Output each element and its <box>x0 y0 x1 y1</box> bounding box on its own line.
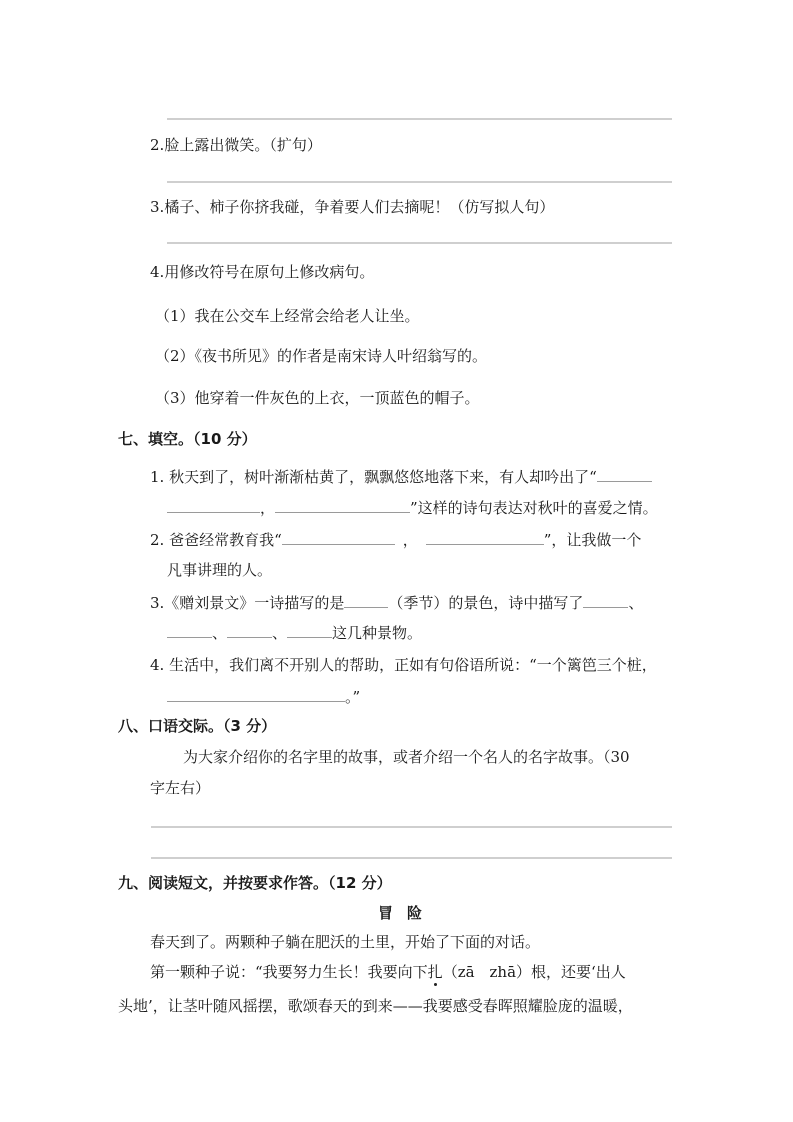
question-text: 脸上露出微笑。（扩句） <box>164 136 322 154</box>
separator: 、 <box>272 624 287 642</box>
question-text: 用修改符号在原句上修改病句。 <box>164 263 374 281</box>
passage-text: 第一颗种子说：“我要努力生长！我要向下 <box>150 963 428 981</box>
comma: ， <box>260 499 275 517</box>
fill-7-1-line2: ，”这样的诗句表达对秋叶的喜爱之情。 <box>167 498 658 518</box>
passage-para-3: 头地’，让茎叶随风摇摆，歌颂春天的到来——我要感受春晖照耀脸庞的温暖， <box>118 996 633 1016</box>
blank-7-3-season[interactable] <box>344 593 388 608</box>
emphasized-char: 扎 <box>428 963 443 981</box>
oral-prompt-line1: 为大家介绍你的名字里的故事，或者介绍一个名人的名字故事。（30 <box>183 747 630 767</box>
answer-line-1[interactable] <box>167 118 672 120</box>
question-6-3: 3.橘子、柿子你挤我碰，争着要人们去摘呢！（仿写拟人句） <box>150 197 554 217</box>
fill-text: 2. 爸爸经常教育我“ <box>150 531 282 549</box>
separator: 、 <box>212 624 227 642</box>
question-text: 橘子、柿子你挤我碰，争着要人们去摘呢！（仿写拟人句） <box>164 198 554 216</box>
passage-title: 冒险 <box>378 903 436 923</box>
section-8-heading: 八、口语交际。（3 分） <box>118 716 276 736</box>
passage-text: （zā zhā）根，还要‘出人 <box>443 963 626 981</box>
separator: 、 <box>628 594 643 612</box>
fill-text: 1. 秋天到了，树叶渐渐枯黄了，飘飘悠悠地落下来，有人却吟出了“ <box>150 468 597 486</box>
sick-sentence-3[interactable]: （3）他穿着一件灰色的上衣，一顶蓝色的帽子。 <box>155 388 480 408</box>
sick-sentence-2[interactable]: （2）《夜书所见》的作者是南宋诗人叶绍翁写的。 <box>155 346 487 366</box>
blank-7-1c[interactable] <box>275 498 410 513</box>
fill-7-2-line1: 2. 爸爸经常教育我“，”，让我做一个 <box>150 530 641 550</box>
fill-text: ”，让我做一个 <box>544 531 642 549</box>
blank-7-3-scene1[interactable] <box>583 593 628 608</box>
fill-7-2-line2: 凡事讲理的人。 <box>167 560 272 580</box>
passage-para-2: 第一颗种子说：“我要努力生长！我要向下扎（zā zhā）根，还要‘出人 <box>150 962 626 982</box>
fill-7-3-line2: 、、这几种景物。 <box>167 623 422 643</box>
question-label: 4. <box>150 263 164 281</box>
answer-line-8b[interactable] <box>151 857 672 859</box>
blank-7-3-scene4[interactable] <box>287 623 332 638</box>
blank-7-2b[interactable] <box>426 530 544 545</box>
fill-7-1-line1: 1. 秋天到了，树叶渐渐枯黄了，飘飘悠悠地落下来，有人却吟出了“ <box>150 467 652 487</box>
answer-line-8a[interactable] <box>151 826 672 828</box>
fill-7-3-line1: 3.《赠刘景文》一诗描写的是（季节）的景色，诗中描写了、 <box>150 593 643 613</box>
fill-text: ”这样的诗句表达对秋叶的喜爱之情。 <box>410 499 658 517</box>
question-label: 3. <box>150 198 164 216</box>
blank-7-3-scene2[interactable] <box>167 623 212 638</box>
fill-7-4-line2: 。” <box>167 687 360 707</box>
fill-7-4-line1: 4. 生活中，我们离不开别人的帮助，正如有句俗语所说：“一个篱笆三个桩， <box>150 655 657 675</box>
blank-7-2a[interactable] <box>282 530 395 545</box>
comma: ， <box>403 531 418 549</box>
oral-prompt-line2: 字左右） <box>150 778 210 798</box>
sick-sentence-1[interactable]: （1）我在公交车上经常会给老人让坐。 <box>155 306 420 326</box>
blank-7-1b[interactable] <box>167 498 260 513</box>
section-9-heading: 九、阅读短文，并按要求作答。（12 分） <box>118 873 392 893</box>
question-6-2: 2.脸上露出微笑。（扩句） <box>150 135 322 155</box>
passage-para-1: 春天到了。两颗种子躺在肥沃的土里，开始了下面的对话。 <box>150 932 540 952</box>
question-6-4: 4.用修改符号在原句上修改病句。 <box>150 262 374 282</box>
blank-7-3-scene3[interactable] <box>227 623 272 638</box>
fill-text: 这几种景物。 <box>332 624 422 642</box>
blank-7-1a[interactable] <box>597 467 652 482</box>
blank-7-4[interactable] <box>167 687 345 702</box>
answer-line-2[interactable] <box>167 181 672 183</box>
fill-text: 。” <box>345 688 360 706</box>
answer-line-3[interactable] <box>167 242 672 244</box>
section-7-heading: 七、填空。（10 分） <box>118 429 257 449</box>
fill-text: （季节）的景色，诗中描写了 <box>388 594 583 612</box>
fill-text: 3.《赠刘景文》一诗描写的是 <box>150 594 344 612</box>
question-label: 2. <box>150 136 164 154</box>
